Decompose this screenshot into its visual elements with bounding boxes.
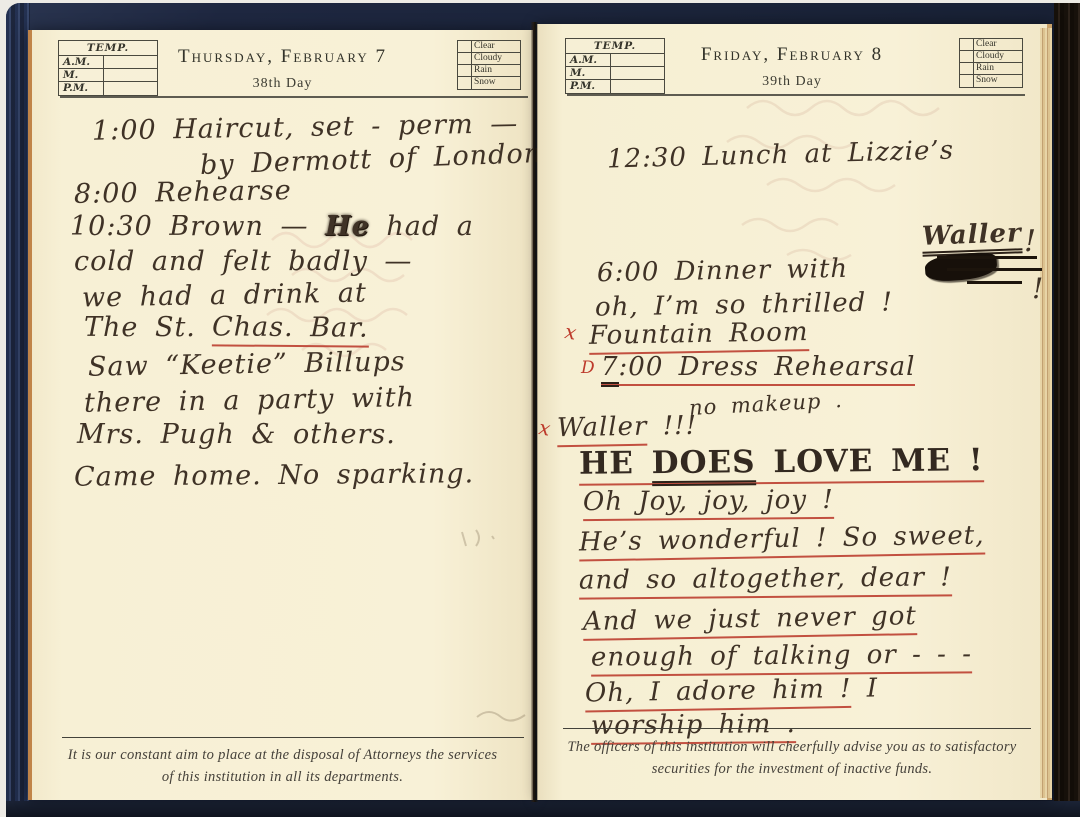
weather-snow-check-cell xyxy=(960,75,974,87)
weather-snow-check-cell xyxy=(458,77,472,89)
weather-clear-check-cell xyxy=(960,39,974,50)
footer-rule xyxy=(62,737,524,738)
diary-entry-line: 7:00 Dress Rehearsal xyxy=(601,352,915,386)
book-cover-right-edge xyxy=(1054,3,1080,817)
red-underlined-text: Oh, I adore him ! xyxy=(585,674,852,713)
diary-entry-line: Mrs. Pugh & others. xyxy=(77,419,396,450)
diary-entry-line: He’s wonderful ! So sweet, xyxy=(579,520,985,561)
weather-clear-label: Clear xyxy=(974,39,1022,50)
strike-line xyxy=(937,256,1037,259)
diary-entry-line: there in a party with xyxy=(84,382,415,419)
entry-text: 10:30 Brown — xyxy=(70,211,325,242)
diary-entry-line: 8:00 Rehearse xyxy=(74,175,292,210)
diary-entry-line: Saw “Keetie” Billups xyxy=(88,346,406,383)
diary-entry-line: and so altogether, dear ! xyxy=(579,562,952,599)
diary-entry-line: Fountain Room xyxy=(589,317,809,355)
diary-entry-line: by Dermott of London xyxy=(200,138,543,181)
weather-rain-check-cell xyxy=(458,65,472,76)
book-cover-spine xyxy=(6,3,30,817)
red-x-mark: x xyxy=(563,319,578,345)
ink-blotted-word: He xyxy=(325,211,370,242)
book-cover-bottom-edge xyxy=(6,801,1080,817)
entry-text: :00 Dress Rehearsal xyxy=(619,352,916,382)
red-underlined-text: Chas. Bar. xyxy=(212,311,369,347)
diary-entry-line: Waller !!! xyxy=(557,411,698,443)
weather-box: Clear Cloudy Rain Snow xyxy=(959,38,1023,88)
diary-entry-line: 6:00 Dinner with xyxy=(597,254,849,288)
diary-entry-line: we had a drink at xyxy=(82,278,367,314)
weather-rain-label: Rain xyxy=(974,63,1022,74)
weather-cloudy-label: Cloudy xyxy=(974,51,1022,62)
weather-rain-label: Rain xyxy=(472,65,520,76)
double-underlined-word: DOES xyxy=(652,444,756,486)
diary-page-left: TEMP. A.M. M. P.M. Thursday, February 7 … xyxy=(28,30,533,800)
weather-cloudy-check-cell xyxy=(458,53,472,64)
weather-clear-label: Clear xyxy=(472,41,520,52)
red-d-mark: D xyxy=(581,358,595,378)
footer-line: It is our constant aim to place at the d… xyxy=(32,744,533,766)
strike-line xyxy=(947,268,1042,271)
header-rule xyxy=(60,96,528,98)
red-x-mark: x xyxy=(537,415,552,441)
weather-snow-label: Snow xyxy=(974,75,1022,87)
weather-rain-check-cell xyxy=(960,63,974,74)
diary-entry-line: cold and felt badly — xyxy=(74,246,412,277)
entry-text: LOVE ME ! xyxy=(755,442,983,480)
page-footer-motto: It is our constant aim to place at the d… xyxy=(32,744,533,789)
exclamation-mark: ! xyxy=(1024,224,1037,259)
footer-line: of this institution in all its departmen… xyxy=(32,766,533,788)
entry-text: !!! xyxy=(647,411,697,442)
strike-line xyxy=(967,281,1022,284)
entry-text: HE xyxy=(579,445,652,482)
weather-clear-check-cell xyxy=(458,41,472,52)
diary-entry-line: Oh Joy, joy, joy ! xyxy=(583,485,834,521)
diary-entry-line: 10:30 Brown — He had a xyxy=(70,211,474,242)
diary-entry-line-emphasized: HE DOES LOVE ME ! xyxy=(579,442,984,486)
diary-entry-line: no makeup . xyxy=(688,388,843,420)
weather-cloudy-label: Cloudy xyxy=(472,53,520,64)
footer-line: securities for the investment of inactiv… xyxy=(537,758,1047,780)
book-gutter xyxy=(531,22,538,802)
diary-entry-line: Oh, I adore him ! I xyxy=(585,673,878,708)
entry-text: had a xyxy=(370,211,474,242)
footer-rule xyxy=(563,728,1031,729)
page-footer-motto: The officers of this institution will ch… xyxy=(537,736,1047,781)
red-underlined-text: Waller xyxy=(557,412,648,448)
diary-entry-line: Came home. No sparking. xyxy=(74,458,474,492)
underlined-numeral: 7 xyxy=(601,352,619,387)
page-stack-edge xyxy=(1040,28,1052,798)
diary-page-right: TEMP. A.M. M. P.M. Friday, February 8 39… xyxy=(537,24,1052,800)
diary-entry-line: The St. Chas. Bar. xyxy=(84,312,369,347)
weather-box: Clear Cloudy Rain Snow xyxy=(457,40,521,90)
diary-entry-line: enough of talking or - - - xyxy=(591,639,972,676)
diary-entry-line: And we just never got xyxy=(583,601,917,641)
weather-cloudy-check-cell xyxy=(960,51,974,62)
footer-line: The officers of this institution will ch… xyxy=(537,736,1047,758)
entry-text: The St. xyxy=(84,312,212,343)
weather-snow-label: Snow xyxy=(472,77,520,89)
entry-text: I xyxy=(851,673,878,703)
inserted-word-waller: Waller xyxy=(921,218,1022,256)
faint-pencil-marks xyxy=(452,522,542,732)
exclamation-mark: ! xyxy=(1032,272,1044,305)
